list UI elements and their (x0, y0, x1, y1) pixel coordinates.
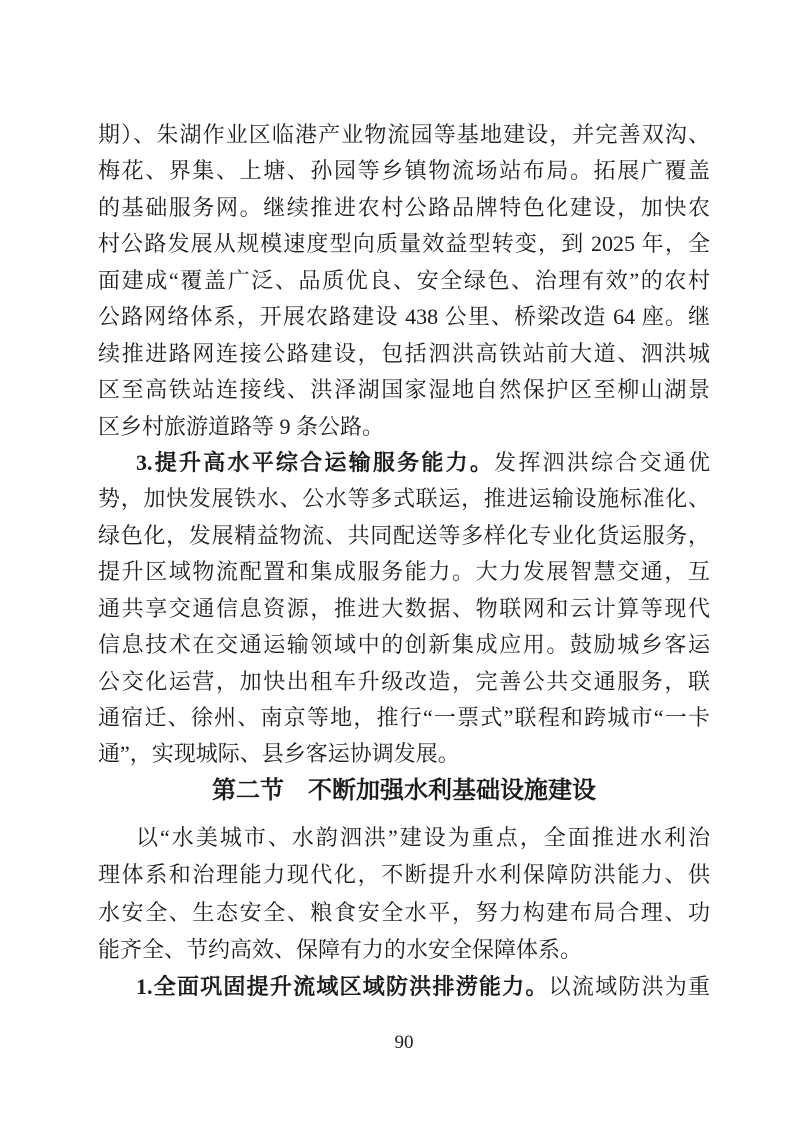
document-body: 期）、朱湖作业区临港产业物流园等基地建设，并完善双沟、梅花、界集、上塘、孙园等乡… (98, 117, 710, 1006)
text-line: 1.全面巩固提升流域区域防洪排涝能力。以流域防洪为重 (98, 968, 710, 1005)
text-line: 公交化运营，加快出租车升级改造，完善公共交通服务，联 (98, 664, 710, 700)
text-run: 以“水美城市、水韵泗洪”建设为重点，全面推进水利治 (136, 825, 710, 850)
document-page: 期）、朱湖作业区临港产业物流园等基地建设，并完善双沟、梅花、界集、上塘、孙园等乡… (0, 0, 793, 1122)
text-run: 以流域防洪为重 (549, 974, 710, 999)
text-line: 的基础服务网。继续推进农村公路品牌特色化建设，加快农 (98, 190, 710, 226)
text-run: 的基础服务网。继续推进农村公路品牌特色化建设，加快农 (98, 195, 710, 220)
text-run: 面建成“覆盖广泛、品质优良、安全绿色、治理有效”的农村 (98, 268, 710, 293)
text-run: 通宿迁、徐州、南京等地，推行“一票式”联程和跨城市“一卡 (98, 705, 710, 730)
paragraph: 期）、朱湖作业区临港产业物流园等基地建设，并完善双沟、梅花、界集、上塘、孙园等乡… (98, 117, 710, 445)
text-line: 公路网络体系，开展农路建设 438 公里、桥梁改造 64 座。继 (98, 299, 710, 335)
text-run: 续推进路网连接公路建设，包括泗洪高铁站前大道、泗洪城 (98, 341, 710, 366)
text-line: 区乡村旅游道路等 9 条公路。 (98, 409, 710, 445)
text-run: 提升区域物流配置和集成服务能力。大力发展智慧交通，互 (98, 559, 710, 584)
text-line: 以“水美城市、水韵泗洪”建设为重点，全面推进水利治 (98, 819, 710, 856)
text-line: 村公路发展从规模速度型向质量效益型转变，到 2025 年，全 (98, 226, 710, 262)
text-run: 水安全、生态安全、粮食安全水平，努力构建布局合理、功 (98, 900, 710, 925)
text-run: 势，加快发展铁水、公水等多式联运，推进运输设施标准化、 (98, 486, 710, 511)
text-run: 区至高铁站连接线、洪泽湖国家湿地自然保护区至柳山湖景 (98, 377, 710, 402)
text-line: 区至高铁站连接线、洪泽湖国家湿地自然保护区至柳山湖景 (98, 372, 710, 408)
text-run: 通”，实现城际、县乡客运协调发展。 (98, 741, 460, 766)
text-line: 信息技术在交通运输领域中的创新集成应用。鼓励城乡客运 (98, 627, 710, 663)
text-line: 理体系和治理能力现代化，不断提升水利保障防洪能力、供 (98, 856, 710, 893)
text-line: 通宿迁、徐州、南京等地，推行“一票式”联程和跨城市“一卡 (98, 700, 710, 736)
text-line: 期）、朱湖作业区临港产业物流园等基地建设，并完善双沟、 (98, 117, 710, 153)
text-line: 提升区域物流配置和集成服务能力。大力发展智慧交通，互 (98, 554, 710, 590)
text-line: 绿色化，发展精益物流、共同配送等多样化专业化货运服务， (98, 518, 710, 554)
page-number: 90 (98, 1032, 710, 1054)
bold-text-run: 1.全面巩固提升流域区域防洪排涝能力。 (136, 974, 549, 999)
text-run: 发挥泗洪综合交通优 (494, 450, 710, 475)
text-line: 通”，实现城际、县乡客运协调发展。 (98, 736, 710, 772)
section-heading: 第二节 不断加强水利基础设施建设 (98, 773, 710, 809)
paragraph: 3.提升高水平综合运输服务能力。发挥泗洪综合交通优势，加快发展铁水、公水等多式联… (98, 445, 710, 773)
text-run: 能齐全、节约高效、保障有力的水安全保障体系。 (98, 937, 582, 962)
text-run: 公交化运营，加快出租车升级改造，完善公共交通服务，联 (98, 669, 710, 694)
paragraph: 1.全面巩固提升流域区域防洪排涝能力。以流域防洪为重 (98, 968, 710, 1005)
text-run: 通共享交通信息资源，推进大数据、物联网和云计算等现代 (98, 596, 710, 621)
text-run: 村公路发展从规模速度型向质量效益型转变，到 2025 年，全 (98, 231, 710, 256)
text-run: 信息技术在交通运输领域中的创新集成应用。鼓励城乡客运 (98, 632, 710, 657)
text-line: 3.提升高水平综合运输服务能力。发挥泗洪综合交通优 (98, 445, 710, 481)
text-run: 公路网络体系，开展农路建设 438 公里、桥梁改造 64 座。继 (98, 304, 710, 329)
bold-text-run: 3.提升高水平综合运输服务能力。 (136, 450, 494, 475)
text-line: 水安全、生态安全、粮食安全水平，努力构建布局合理、功 (98, 894, 710, 931)
text-line: 梅花、界集、上塘、孙园等乡镇物流场站布局。拓展广覆盖 (98, 153, 710, 189)
text-run: 区乡村旅游道路等 9 条公路。 (98, 414, 384, 439)
text-line: 续推进路网连接公路建设，包括泗洪高铁站前大道、泗洪城 (98, 336, 710, 372)
text-line: 面建成“覆盖广泛、品质优良、安全绿色、治理有效”的农村 (98, 263, 710, 299)
text-run: 梅花、界集、上塘、孙园等乡镇物流场站布局。拓展广覆盖 (98, 158, 710, 183)
text-run: 期）、朱湖作业区临港产业物流园等基地建设，并完善双沟、 (98, 122, 710, 147)
text-run: 理体系和治理能力现代化，不断提升水利保障防洪能力、供 (98, 862, 710, 887)
text-run: 绿色化，发展精益物流、共同配送等多样化专业化货运服务， (98, 523, 710, 548)
paragraph: 以“水美城市、水韵泗洪”建设为重点，全面推进水利治理体系和治理能力现代化，不断提… (98, 819, 710, 969)
text-line: 势，加快发展铁水、公水等多式联运，推进运输设施标准化、 (98, 481, 710, 517)
text-line: 能齐全、节约高效、保障有力的水安全保障体系。 (98, 931, 710, 968)
text-line: 通共享交通信息资源，推进大数据、物联网和云计算等现代 (98, 591, 710, 627)
